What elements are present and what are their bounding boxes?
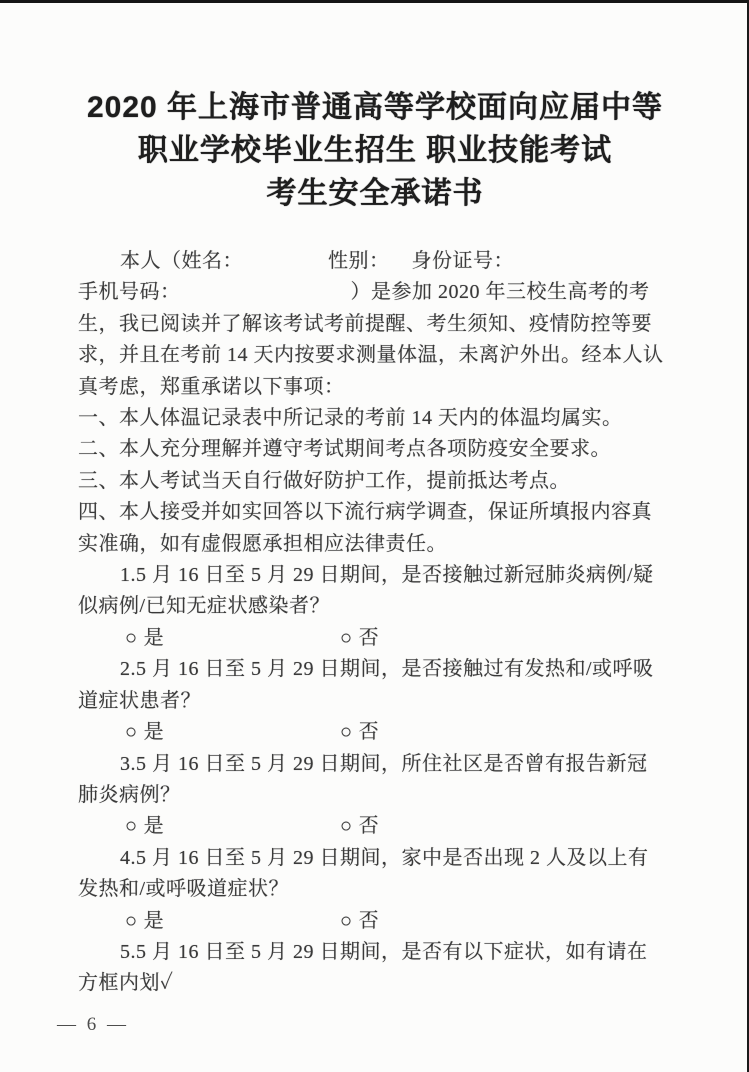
question-5-line-1: 5.5 月 16 日至 5 月 29 日期间，是否有以下症状，如有请在 bbox=[78, 937, 672, 968]
no-option-label: 否 bbox=[359, 721, 380, 743]
question-1-options: ○是○否 bbox=[78, 623, 672, 654]
radio-circle-icon: ○ bbox=[125, 811, 138, 842]
question-2-line-2: 道症状患者？ bbox=[78, 686, 672, 717]
question-4-line-2: 发热和/或呼吸道症状？ bbox=[78, 874, 672, 905]
yes-option: ○是 bbox=[125, 906, 340, 937]
question-5-line-2: 方框内划✓ bbox=[78, 968, 672, 999]
yes-option-label: 是 bbox=[144, 721, 165, 743]
no-option-label: 否 bbox=[359, 627, 380, 649]
title-line-1: 2020 年上海市普通高等学校面向应届中等 bbox=[78, 86, 672, 129]
no-option-label: 否 bbox=[359, 815, 380, 837]
title-line-3: 考生安全承诺书 bbox=[78, 172, 672, 215]
document-body: 本人（姓名：性别：身份证号： 手机号码：）是参加 2020 年三校生高考的考 生… bbox=[78, 246, 672, 1000]
page-number: — 6 — bbox=[57, 1010, 129, 1040]
radio-circle-icon: ○ bbox=[125, 623, 138, 654]
applicant-info-line: 本人（姓名：性别：身份证号： bbox=[78, 246, 672, 277]
commitment-item-1: 一、本人体温记录表中所记录的考前 14 天内的体温均属实。 bbox=[78, 403, 672, 434]
yes-option-label: 是 bbox=[144, 815, 165, 837]
radio-circle-icon: ○ bbox=[340, 811, 353, 842]
question-1-line-1: 1.5 月 16 日至 5 月 29 日期间，是否接触过新冠肺炎病例/疑 bbox=[78, 560, 672, 591]
radio-circle-icon: ○ bbox=[340, 906, 353, 937]
no-option: ○否 bbox=[340, 717, 379, 748]
radio-circle-icon: ○ bbox=[340, 623, 353, 654]
phone-field-label: 手机号码： bbox=[78, 281, 181, 303]
question-4-options: ○是○否 bbox=[78, 906, 672, 937]
gender-field-label: 性别： bbox=[328, 250, 390, 272]
yes-option-label: 是 bbox=[144, 627, 165, 649]
id-number-field-label: 身份证号： bbox=[412, 250, 515, 272]
yes-option-label: 是 bbox=[144, 910, 165, 932]
intro-continuation-line: 生，我已阅读并了解该考试考前提醒、考生须知、疫情防控等要 bbox=[78, 309, 672, 340]
no-option: ○否 bbox=[340, 623, 379, 654]
document-content: 2020 年上海市普通高等学校面向应届中等 职业学校毕业生招生 职业技能考试 考… bbox=[78, 86, 672, 1000]
scan-top-edge-line bbox=[0, 0, 749, 3]
question-1-line-2: 似病例/已知无症状感染者？ bbox=[78, 591, 672, 622]
document-title: 2020 年上海市普通高等学校面向应届中等 职业学校毕业生招生 职业技能考试 考… bbox=[78, 86, 672, 215]
phone-info-line: 手机号码：）是参加 2020 年三校生高考的考 bbox=[78, 277, 672, 308]
question-3-options: ○是○否 bbox=[78, 811, 672, 842]
radio-circle-icon: ○ bbox=[125, 717, 138, 748]
no-option-label: 否 bbox=[359, 910, 380, 932]
commitment-item-4: 四、本人接受并如实回答以下流行病学调查，保证所填报内容真 bbox=[78, 497, 672, 528]
yes-option: ○是 bbox=[125, 811, 340, 842]
intro-continuation-line: 真考虑，郑重承诺以下事项： bbox=[78, 372, 672, 403]
no-option: ○否 bbox=[340, 811, 379, 842]
question-3-line-2: 肺炎病例？ bbox=[78, 780, 672, 811]
yes-option: ○是 bbox=[125, 717, 340, 748]
question-2-options: ○是○否 bbox=[78, 717, 672, 748]
radio-circle-icon: ○ bbox=[340, 717, 353, 748]
name-field-label: 本人（姓名： bbox=[120, 250, 243, 272]
title-line-2: 职业学校毕业生招生 职业技能考试 bbox=[78, 129, 672, 172]
intro-continuation-line: 求，并且在考前 14 天内按要求测量体温，未离沪外出。经本人认 bbox=[78, 340, 672, 371]
yes-option: ○是 bbox=[125, 623, 340, 654]
commitment-item-3: 三、本人考试当天自行做好防护工作，提前抵达考点。 bbox=[78, 466, 672, 497]
commitment-item-4-continuation: 实准确，如有虚假愿承担相应法律责任。 bbox=[78, 529, 672, 560]
no-option: ○否 bbox=[340, 906, 379, 937]
question-3-line-1: 3.5 月 16 日至 5 月 29 日期间，所住社区是否曾有报告新冠 bbox=[78, 749, 672, 780]
paren-close-text: ）是参加 2020 年三校生高考的考 bbox=[351, 281, 650, 303]
question-2-line-1: 2.5 月 16 日至 5 月 29 日期间，是否接触过有发热和/或呼吸 bbox=[78, 654, 672, 685]
radio-circle-icon: ○ bbox=[125, 906, 138, 937]
commitment-item-2: 二、本人充分理解并遵守考试期间考点各项防疫安全要求。 bbox=[78, 434, 672, 465]
scanned-document-page: 2020 年上海市普通高等学校面向应届中等 职业学校毕业生招生 职业技能考试 考… bbox=[0, 0, 749, 1072]
question-4-line-1: 4.5 月 16 日至 5 月 29 日期间，家中是否出现 2 人及以上有 bbox=[78, 843, 672, 874]
